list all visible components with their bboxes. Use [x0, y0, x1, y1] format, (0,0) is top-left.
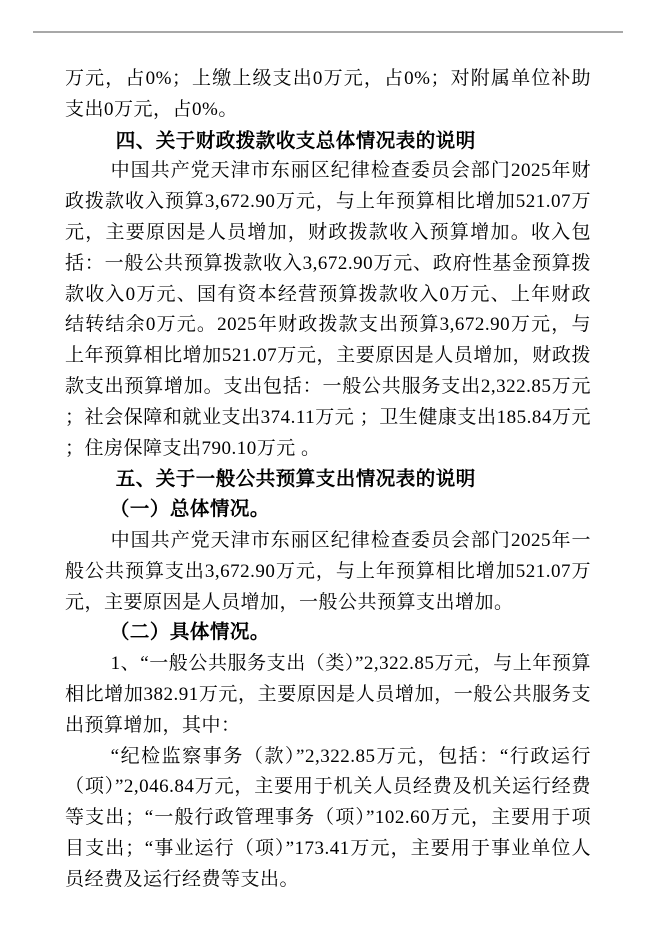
paragraph-fiscal-appropriation-overview: 中国共产党天津市东丽区纪律检查委员会部门2025年财政拨款收入预算3,672.9… [65, 156, 591, 464]
header-divider [33, 31, 623, 33]
sub-heading-specific-situation: （二）具体情况。 [65, 618, 591, 649]
section-heading-five: 五、关于一般公共预算支出情况表的说明 [65, 464, 591, 495]
document-content: 万元，占0%；上缴上级支出0万元，占0%；对附属单位补助支出0万元，占0%。 四… [65, 64, 591, 896]
document-page: 万元，占0%；上缴上级支出0万元，占0%；对附属单位补助支出0万元，占0%。 四… [0, 0, 654, 926]
paragraph-discipline-inspection-affairs-detail: “纪检监察事务（款）”2,322.85万元，包括：“行政运行（项）”2,046.… [65, 742, 591, 896]
paragraph-general-public-budget-overview: 中国共产党天津市东丽区纪律检查委员会部门2025年一般公共预算支出3,672.9… [65, 526, 591, 618]
sub-heading-overall-situation: （一）总体情况。 [65, 495, 591, 526]
section-heading-four: 四、关于财政拨款收支总体情况表的说明 [65, 126, 591, 157]
paragraph-general-public-service-expenditure: 1、“一般公共服务支出（类）”2,322.85万元，与上年预算相比增加382.9… [65, 649, 591, 741]
paragraph-overflow-from-previous-page: 万元，占0%；上缴上级支出0万元，占0%；对附属单位补助支出0万元，占0%。 [65, 64, 591, 126]
